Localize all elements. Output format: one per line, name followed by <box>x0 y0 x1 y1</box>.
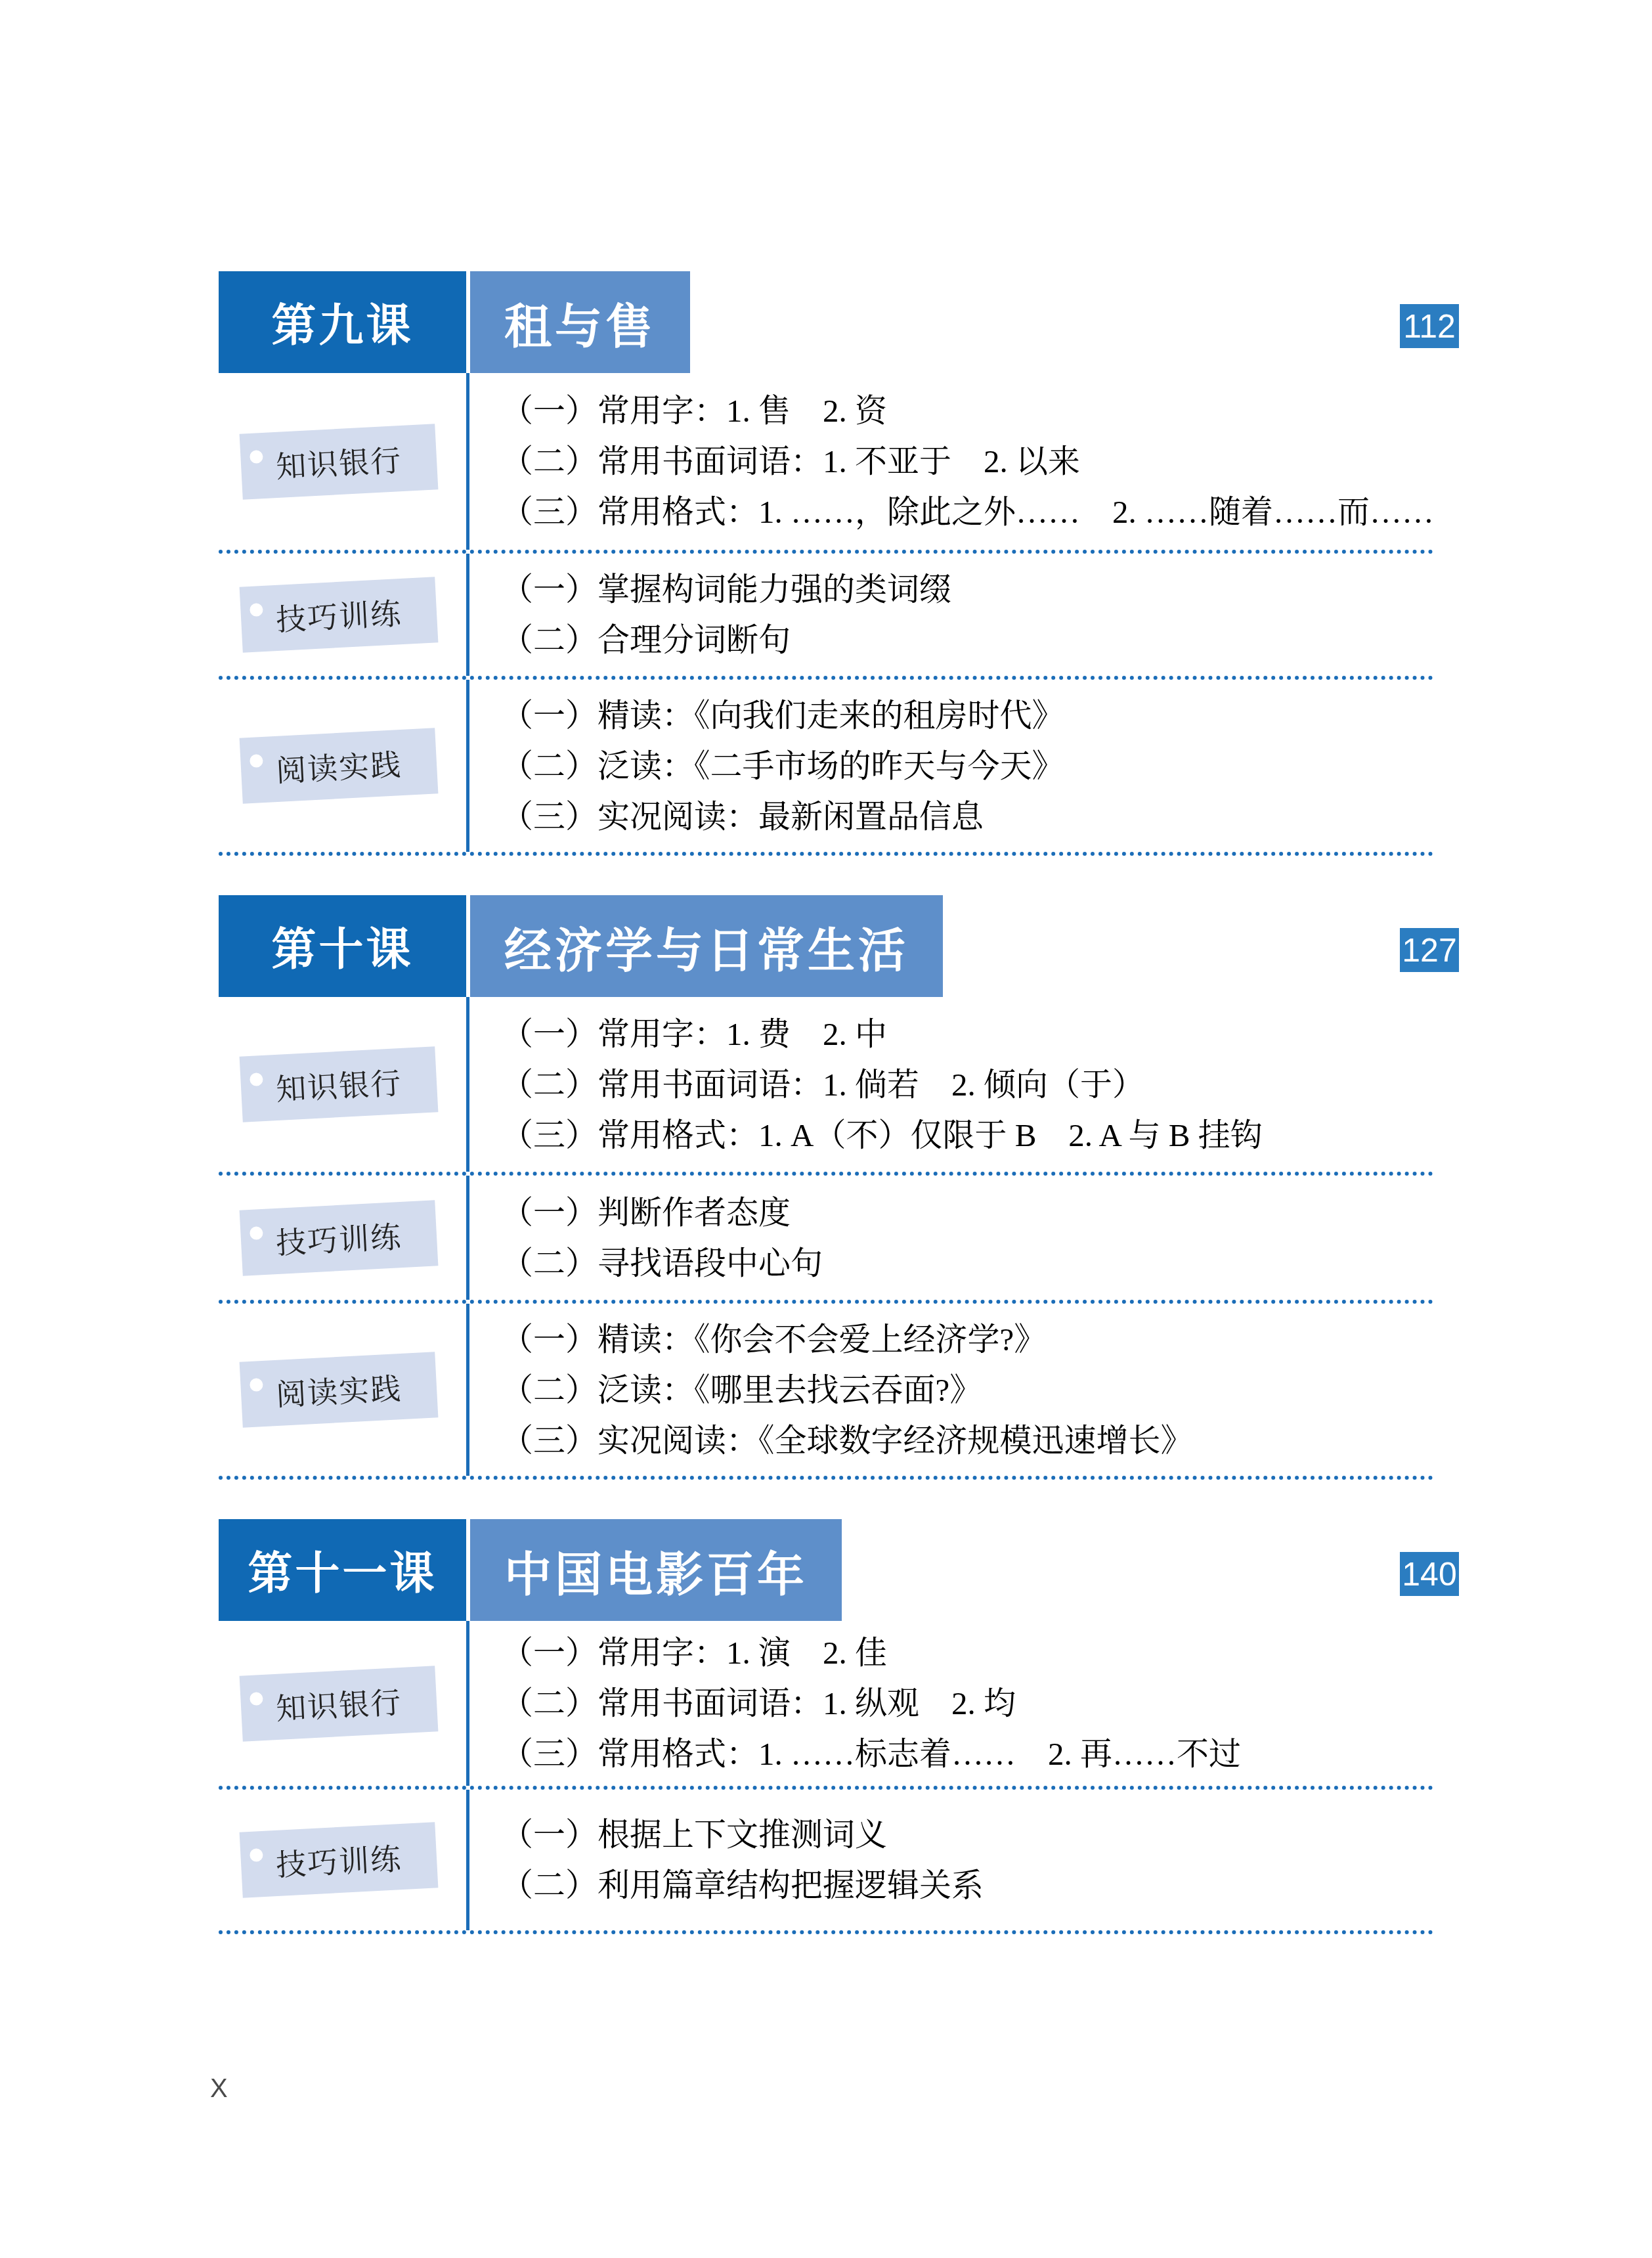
tag-hole-icon <box>250 1378 263 1392</box>
page-number: 127 <box>1402 931 1456 969</box>
lesson-number: 第十课 <box>271 914 413 978</box>
page-number: 140 <box>1402 1555 1456 1593</box>
toc-line: （二）寻找语段中心句 <box>501 1238 1433 1289</box>
section-content: （一）精读：《你会不会爱上经济学?》 （二）泛读：《哪里去找云吞面?》 （三）实… <box>466 1304 1433 1476</box>
tag-hole-icon <box>250 1226 263 1240</box>
toc-line: （一）常用字：1. 售 2. 资 <box>501 386 1434 436</box>
section-content: （一）常用字：1. 费 2. 中 （二）常用书面词语：1. 倘若 2. 倾向（于… <box>466 997 1433 1172</box>
section-tag: 技巧训练 <box>240 1822 439 1897</box>
toc-line: （二）常用书面词语：1. 纵观 2. 均 <box>501 1678 1433 1729</box>
toc-line: （一）判断作者态度 <box>501 1187 1433 1238</box>
tag-cell: 技巧训练 <box>219 1176 466 1300</box>
toc-line: （一）根据上下文推测词义 <box>501 1809 1433 1860</box>
folio-page-number: X <box>210 2074 228 2104</box>
toc-line: （二）常用书面词语：1. 倘若 2. 倾向（于） <box>501 1059 1433 1110</box>
section-tag-label: 技巧训练 <box>274 590 402 640</box>
tag-hole-icon <box>250 754 263 768</box>
toc-section-row: 知识银行 （一）常用字：1. 演 2. 佳 （二）常用书面词语：1. 纵观 2.… <box>219 1621 1433 1790</box>
toc-section-row: 阅读实践 （一）精读：《向我们走来的租房时代》 （二）泛读：《二手市场的昨天与今… <box>219 680 1433 856</box>
toc-line: （三）常用格式：1. ……，除此之外…… 2. ……随着……而…… <box>501 487 1434 537</box>
toc-line: （三）实况阅读：最新闲置品信息 <box>501 791 1433 842</box>
tag-cell: 知识银行 <box>219 997 466 1172</box>
section-tag-label: 阅读实践 <box>274 741 402 791</box>
tag-hole-icon <box>250 450 263 464</box>
section-tag: 知识银行 <box>240 1666 439 1741</box>
toc-page: 第九课 租与售 112 知识银行 （一）常用字：1. 售 2. 资 （二）常用书… <box>0 0 1652 2258</box>
lesson-title: 租与售 <box>504 288 656 357</box>
tag-hole-icon <box>250 1692 263 1706</box>
toc-line: （二）泛读：《二手市场的昨天与今天》 <box>501 741 1433 791</box>
toc-line: （二）利用篇章结构把握逻辑关系 <box>501 1860 1433 1911</box>
tag-hole-icon <box>250 603 263 617</box>
section-content: （一）根据上下文推测词义 （二）利用篇章结构把握逻辑关系 <box>466 1790 1433 1930</box>
toc-line: （二）合理分词断句 <box>501 615 1433 665</box>
page-number-badge: 127 <box>1400 928 1459 972</box>
lesson-title-box: 中国电影百年 <box>470 1519 842 1621</box>
tag-hole-icon <box>250 1848 263 1862</box>
lesson-title-box: 租与售 <box>470 271 690 373</box>
section-tag-label: 知识银行 <box>274 1679 402 1729</box>
toc-line: （一）常用字：1. 费 2. 中 <box>501 1009 1433 1059</box>
section-content: （一）精读：《向我们走来的租房时代》 （二）泛读：《二手市场的昨天与今天》 （三… <box>466 680 1433 852</box>
section-content: （一）判断作者态度 （二）寻找语段中心句 <box>466 1176 1433 1300</box>
lesson-number-box: 第九课 <box>219 271 466 373</box>
toc-line: （一）常用字：1. 演 2. 佳 <box>501 1627 1433 1678</box>
section-content: （一）常用字：1. 演 2. 佳 （二）常用书面词语：1. 纵观 2. 均 （三… <box>466 1621 1433 1786</box>
toc-section-row: 知识银行 （一）常用字：1. 售 2. 资 （二）常用书面词语：1. 不亚于 2… <box>219 373 1433 554</box>
section-tag-label: 阅读实践 <box>274 1365 402 1415</box>
page-number-badge: 140 <box>1400 1552 1459 1596</box>
tag-cell: 阅读实践 <box>219 1304 466 1476</box>
tag-cell: 阅读实践 <box>219 680 466 852</box>
lesson-number: 第九课 <box>271 290 413 354</box>
page-number: 112 <box>1403 307 1456 345</box>
section-tag: 技巧训练 <box>240 1200 439 1275</box>
tag-cell: 知识银行 <box>219 1621 466 1786</box>
lesson-title-box: 经济学与日常生活 <box>470 895 943 997</box>
toc-line: （一）掌握构词能力强的类词缀 <box>501 564 1433 615</box>
section-tag: 阅读实践 <box>240 728 439 803</box>
toc-line: （一）精读：《你会不会爱上经济学?》 <box>501 1314 1433 1365</box>
lesson-number-box: 第十课 <box>219 895 466 997</box>
page-number-badge: 112 <box>1400 304 1459 348</box>
toc-line: （三）常用格式：1. A（不）仅限于 B 2. A 与 B 挂钩 <box>501 1110 1433 1161</box>
section-tag-label: 知识银行 <box>274 437 402 487</box>
section-tag-label: 知识银行 <box>274 1059 402 1109</box>
section-tag: 技巧训练 <box>240 577 439 652</box>
toc-section-row: 技巧训练 （一）判断作者态度 （二）寻找语段中心句 <box>219 1176 1433 1304</box>
lesson-number-box: 第十一课 <box>219 1519 466 1621</box>
section-tag-label: 技巧训练 <box>274 1213 402 1263</box>
lesson-title: 中国电影百年 <box>504 1536 808 1605</box>
toc-line: （三）实况阅读：《全球数字经济规模迅速增长》 <box>501 1415 1433 1466</box>
tag-cell: 技巧训练 <box>219 554 466 676</box>
section-content: （一）掌握构词能力强的类词缀 （二）合理分词断句 <box>466 554 1433 676</box>
lesson-header: 第九课 租与售 112 <box>219 271 1433 373</box>
toc-line: （二）泛读：《哪里去找云吞面?》 <box>501 1365 1433 1415</box>
toc-section-row: 知识银行 （一）常用字：1. 费 2. 中 （二）常用书面词语：1. 倘若 2.… <box>219 997 1433 1176</box>
lesson-header: 第十课 经济学与日常生活 127 <box>219 895 1433 997</box>
toc-section-row: 技巧训练 （一）根据上下文推测词义 （二）利用篇章结构把握逻辑关系 <box>219 1790 1433 1934</box>
section-content: （一）常用字：1. 售 2. 资 （二）常用书面词语：1. 不亚于 2. 以来 … <box>466 373 1434 550</box>
toc-line: （三）常用格式：1. ……标志着…… 2. 再……不过 <box>501 1729 1433 1779</box>
toc-section-row: 技巧训练 （一）掌握构词能力强的类词缀 （二）合理分词断句 <box>219 554 1433 680</box>
tag-cell: 技巧训练 <box>219 1790 466 1930</box>
lesson-title: 经济学与日常生活 <box>504 912 909 981</box>
section-tag: 知识银行 <box>240 1046 439 1122</box>
section-tag-label: 技巧训练 <box>274 1835 402 1885</box>
lesson-block-9: 第九课 租与售 112 知识银行 （一）常用字：1. 售 2. 资 （二）常用书… <box>219 271 1433 856</box>
lesson-block-10: 第十课 经济学与日常生活 127 知识银行 （一）常用字：1. 费 2. 中 （… <box>219 895 1433 1480</box>
toc-line: （一）精读：《向我们走来的租房时代》 <box>501 690 1433 741</box>
toc-line: （二）常用书面词语：1. 不亚于 2. 以来 <box>501 436 1434 487</box>
tag-cell: 知识银行 <box>219 373 466 550</box>
lesson-block-11: 第十一课 中国电影百年 140 知识银行 （一）常用字：1. 演 2. 佳 （二… <box>219 1519 1433 1934</box>
lesson-number: 第十一课 <box>248 1538 437 1602</box>
tag-hole-icon <box>250 1073 263 1086</box>
lesson-header: 第十一课 中国电影百年 140 <box>219 1519 1433 1621</box>
section-tag: 知识银行 <box>240 424 439 499</box>
toc-section-row: 阅读实践 （一）精读：《你会不会爱上经济学?》 （二）泛读：《哪里去找云吞面?》… <box>219 1304 1433 1480</box>
section-tag: 阅读实践 <box>240 1352 439 1427</box>
